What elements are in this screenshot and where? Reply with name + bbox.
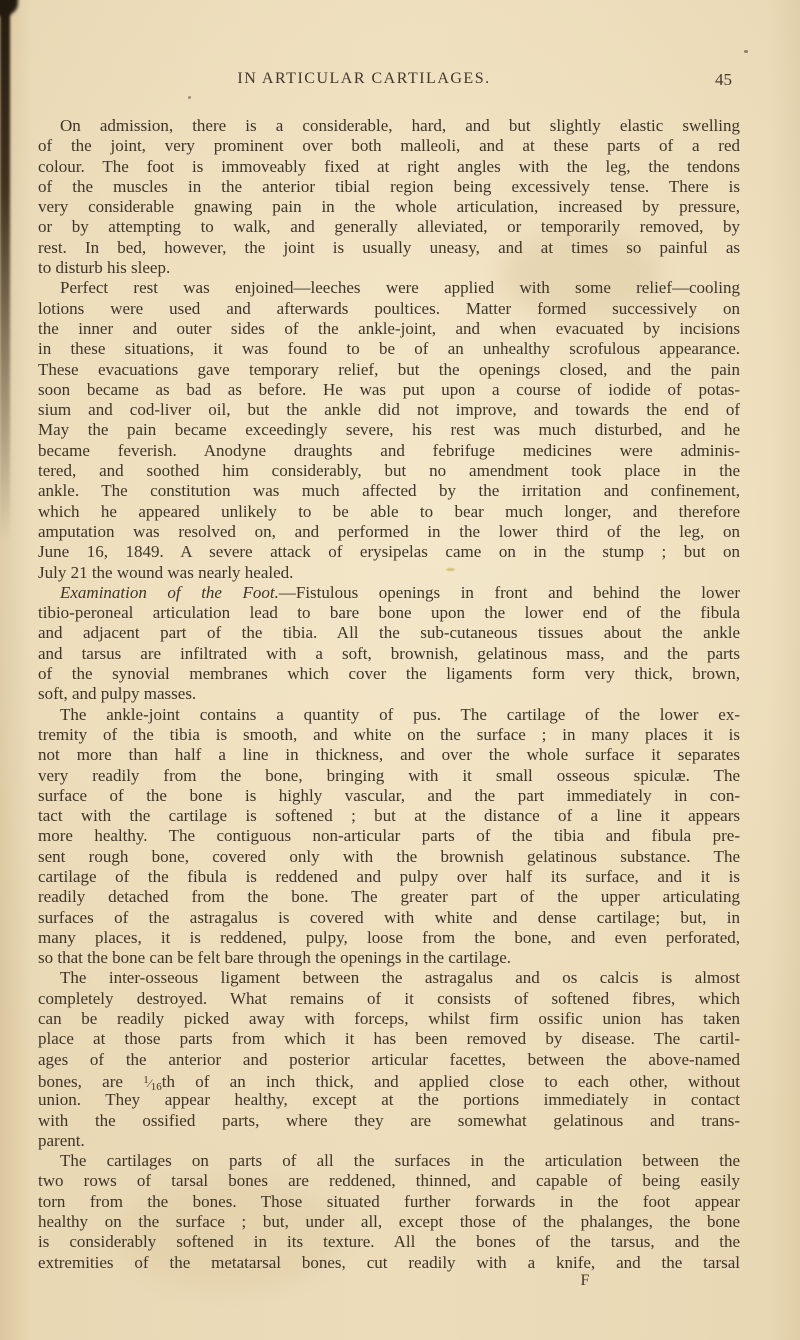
text-line: surfaces of the astragalus is covered wi… — [38, 908, 740, 928]
text-line: amputation was resolved on, and performe… — [38, 522, 740, 542]
text-line: more healthy. The contiguous non-articul… — [38, 826, 740, 846]
text-line: soon became as bad as before. He was put… — [38, 380, 740, 400]
text-line: of the joint, very prominent over both m… — [38, 136, 740, 156]
paragraph: The inter-osseous ligament between the a… — [38, 968, 740, 1151]
text-line: tremity of the tibia is smooth, and whit… — [38, 725, 740, 745]
text-line: is considerably softened in its texture.… — [38, 1232, 740, 1252]
text-line: The inter-osseous ligament between the a… — [38, 968, 740, 988]
text-line: lotions were used and afterwards poultic… — [38, 299, 740, 319]
body-text: On admission, there is a considerable, h… — [38, 116, 740, 1273]
text-line: union. They appear healthy, except at th… — [38, 1090, 740, 1110]
text-line: and tarsus are infiltrated with a soft, … — [38, 644, 740, 664]
text-line: healthy on the surface ; but, under all,… — [38, 1212, 740, 1232]
text-line: very readily from the bone, bringing wit… — [38, 766, 740, 786]
text-line: June 16, 1849. A severe attack of erysip… — [38, 542, 740, 562]
text-line: soft, and pulpy masses. — [38, 684, 740, 704]
text-line: The ankle-joint contains a quantity of p… — [38, 705, 740, 725]
text-line: tibio-peroneal articulation lead to bare… — [38, 603, 740, 623]
running-title: IN ARTICULAR CARTILAGES. — [38, 70, 690, 88]
page-number: 45 — [715, 70, 732, 90]
text-line: of the synovial membranes which cover th… — [38, 664, 740, 684]
text-line: On admission, there is a considerable, h… — [38, 116, 740, 136]
text-line: to disturb his sleep. — [38, 258, 740, 278]
text-line: rest. In bed, however, the joint is usua… — [38, 238, 740, 258]
text-line: with the ossified parts, where they are … — [38, 1111, 740, 1131]
text-line: The cartilages on parts of all the surfa… — [38, 1151, 740, 1171]
text-line: Perfect rest was enjoined—leeches were a… — [38, 278, 740, 298]
text-line: completely destroyed. What remains of it… — [38, 989, 740, 1009]
text-line: the inner and outer sides of the ankle-j… — [38, 319, 740, 339]
text-line: not more than half a line in thickness, … — [38, 745, 740, 765]
text-line: tered, and soothed him considerably, but… — [38, 461, 740, 481]
text-line: ages of the anterior and posterior artic… — [38, 1050, 740, 1070]
text-line: July 21 the wound was nearly healed. — [38, 563, 740, 583]
text-line: sium and cod-liver oil, but the ankle di… — [38, 400, 740, 420]
text-line: parent. — [38, 1131, 740, 1151]
text-line: ankle. The constitution was much affecte… — [38, 481, 740, 501]
text-line: many places, it is reddened, pulpy, loos… — [38, 928, 740, 948]
paragraph: The ankle-joint contains a quantity of p… — [38, 705, 740, 969]
text-line: Examination of the Foot.—Fistulous openi… — [38, 583, 740, 603]
text-line: in these situations, it was found to be … — [38, 339, 740, 359]
text-line: which he appeared unlikely to be able to… — [38, 502, 740, 522]
paper-speck — [744, 50, 748, 53]
paragraph: The cartilages on parts of all the surfa… — [38, 1151, 740, 1273]
paragraph: Perfect rest was enjoined—leeches were a… — [38, 278, 740, 582]
book-page: IN ARTICULAR CARTILAGES. 45 On admission… — [0, 0, 800, 1340]
text-line: torn from the bones. Those situated furt… — [38, 1192, 740, 1212]
text-line: of the muscles in the anterior tibial re… — [38, 177, 740, 197]
text-line: can be readily picked away with forceps,… — [38, 1009, 740, 1029]
text-line: so that the bone can be felt bare throug… — [38, 948, 740, 968]
text-line: two rows of tarsal bones are reddened, t… — [38, 1171, 740, 1191]
signature-mark: F — [560, 1272, 610, 1290]
text-line: These evacuations gave temporary relief,… — [38, 360, 740, 380]
text-line: bones, are 1⁄16th of an inch thick, and … — [38, 1070, 740, 1090]
text-line: readily detached from the bone. The grea… — [38, 887, 740, 907]
text-line: May the pain became exceedingly severe, … — [38, 420, 740, 440]
text-line: sent rough bone, covered only with the b… — [38, 847, 740, 867]
text-line: very considerable gnawing pain in the wh… — [38, 197, 740, 217]
paragraph: Examination of the Foot.—Fistulous openi… — [38, 583, 740, 705]
text-line: or by attempting to walk, and generally … — [38, 217, 740, 237]
text-line: tact with the cartilage is softened ; bu… — [38, 806, 740, 826]
text-line: surface of the bone is highly vascular, … — [38, 786, 740, 806]
paper-speck — [188, 96, 191, 99]
page-header: IN ARTICULAR CARTILAGES. 45 — [38, 70, 740, 94]
paragraph: On admission, there is a considerable, h… — [38, 116, 740, 278]
text-line: place at those parts from which it has b… — [38, 1029, 740, 1049]
scan-corner-shadow — [0, 0, 18, 16]
scan-edge-shadow — [0, 0, 10, 540]
fraction: 1⁄16 — [143, 1076, 162, 1090]
text-line: cartilage of the fibula is reddened and … — [38, 867, 740, 887]
text-line: extremities of the metatarsal bones, cut… — [38, 1253, 740, 1273]
text-line: and adjacent part of the tibia. All the … — [38, 623, 740, 643]
text-line: colour. The foot is immoveably fixed at … — [38, 157, 740, 177]
text-line: became feverish. Anodyne draughts and fe… — [38, 441, 740, 461]
